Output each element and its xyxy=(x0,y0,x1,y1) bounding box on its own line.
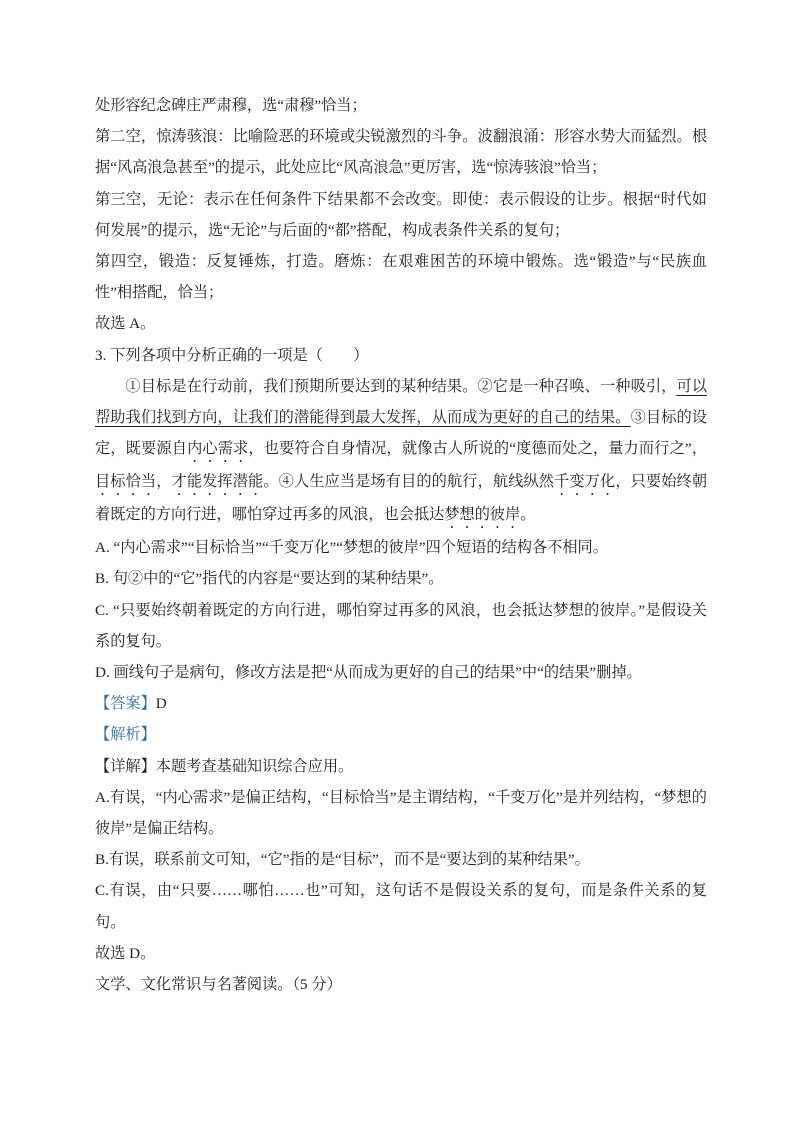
q2-conclusion: 故选 A。 xyxy=(95,308,707,339)
passage-emphasized-text: 目标恰当，才能发挥潜能 xyxy=(95,473,263,490)
passage-emphasized-text: 千变万化 xyxy=(554,473,615,490)
detail-label: 【详解】 xyxy=(95,758,156,775)
passage-emphasized-text: 内心需求 xyxy=(187,440,248,457)
passage-text: ，也要符合自身情况，就像古人所说的“度德而处之，量力而行之”， xyxy=(248,440,707,457)
passage-text: 。④人生应当是场有目的的航行，航线纵然 xyxy=(263,473,554,490)
explanation-a: A.有误，“内心需求”是偏正结构，“目标恰当”是主谓结构，“千变万化”是并列结构… xyxy=(95,782,707,844)
answer-label: 【答案】 xyxy=(95,695,156,712)
q2-analysis-blank-3: 第三空，无论：表示在任何条件下结果都不会改变。即使：表示假设的让步。根据“时代如… xyxy=(95,184,707,246)
question-3-title: 3. 下列各项中分析正确的一项是（ ） xyxy=(95,340,707,371)
explanation-c: C.有误，由“只要……哪怕……也”可知，这句话不是假设关系的复句，而是条件关系的… xyxy=(95,875,707,937)
passage-text: ①目标是在行动前，我们预期所要达到的某种结果。②它是一种召唤、一种吸引， xyxy=(125,378,676,395)
option-c: C. “只要始终朝着既定的方向行进，哪怕穿过再多的风浪，也会抵达梦想的彼岸。”是… xyxy=(95,595,707,657)
passage-emphasized-text: 梦想的彼岸 xyxy=(444,506,520,523)
q2-analysis-blank-4: 第四空，锻造：反复锤炼，打造。磨炼：在艰难困苦的环境中锻炼。选“锻造”与“民族血… xyxy=(95,246,707,308)
q3-conclusion: 故选 D。 xyxy=(95,938,707,969)
detail-line: 【详解】本题考查基础知识综合应用。 xyxy=(95,751,707,782)
q2-analysis-blank-2: 第二空，惊涛骇浪：比喻险恶的环境或尖锐激烈的斗争。波翻浪涌：形容水势大而猛烈。根… xyxy=(95,121,707,183)
document-page: 处形容纪念碑庄严肃穆，选“肃穆”恰当； 第二空，惊涛骇浪：比喻险恶的环境或尖锐激… xyxy=(0,0,793,1122)
explanation-b: B.有误，联系前文可知，“它”指的是“目标”，而不是“要达到的某种结果”。 xyxy=(95,844,707,875)
detail-text: 本题考查基础知识综合应用。 xyxy=(156,758,353,775)
passage-text: 。 xyxy=(520,506,535,523)
option-a: A. “内心需求”“目标恰当”“千变万化”“梦想的彼岸”四个短语的结构各不相同。 xyxy=(95,532,707,563)
document-content: 处形容纪念碑庄严肃穆，选“肃穆”恰当； 第二空，惊涛骇浪：比喻险恶的环境或尖锐激… xyxy=(95,90,707,1000)
answer-line: 【答案】D xyxy=(95,688,707,719)
option-d: D. 画线句子是病句，修改方法是把“从而成为更好的自己的结果”中“的结果”删掉。 xyxy=(95,657,707,688)
answer-value: D xyxy=(156,695,167,712)
next-section-heading: 文学、文化常识与名著阅读。（5 分） xyxy=(95,969,707,1000)
option-b: B. 句②中的“它”指代的内容是“要达到的某种结果”。 xyxy=(95,563,707,594)
q2-analysis-line-1: 处形容纪念碑庄严肃穆，选“肃穆”恰当； xyxy=(95,90,707,121)
question-3-passage: ①目标是在行动前，我们预期所要达到的某种结果。②它是一种召唤、一种吸引，可以帮助… xyxy=(95,371,707,532)
analysis-label: 【解析】 xyxy=(95,719,707,750)
